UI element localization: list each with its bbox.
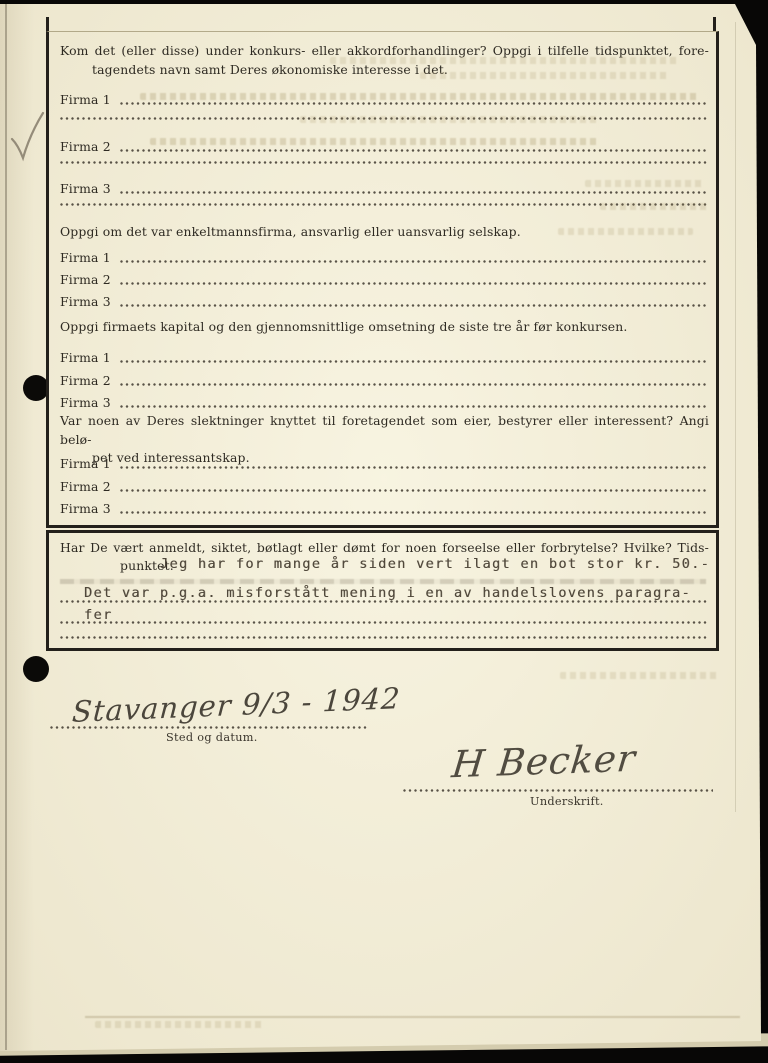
dotted-line bbox=[120, 282, 708, 285]
bleedthrough-smudge bbox=[95, 1021, 265, 1028]
box-border-stub bbox=[713, 17, 716, 31]
firma-row: Firma 2 bbox=[60, 476, 708, 495]
paper: Kom det (eller disse) under konkurs- ell… bbox=[0, 0, 768, 1063]
signature-handwriting: H Becker bbox=[450, 737, 638, 787]
firma-row: Firma 3 bbox=[60, 291, 708, 310]
firma-label: Firma 2 bbox=[60, 372, 120, 389]
bleedthrough-smudge bbox=[558, 228, 693, 235]
firma-label: Firma 3 bbox=[60, 293, 120, 310]
typed-answer-line1: Jeg har for mange år siden vert ilagt en… bbox=[160, 556, 710, 572]
box-border-stub bbox=[46, 17, 49, 31]
question-slektninger-line1: Var noen av Deres slektninger knyttet ti… bbox=[60, 412, 709, 449]
bleedthrough-smudge bbox=[140, 93, 700, 100]
dotted-line bbox=[50, 726, 368, 729]
dotted-line bbox=[120, 304, 708, 307]
firma-label: Firma 1 bbox=[60, 349, 120, 366]
dotted-line bbox=[120, 260, 708, 263]
dotted-line bbox=[60, 621, 708, 624]
question-straff-text: Har De vært anmeldt, siktet, bøtlagt ell… bbox=[60, 539, 709, 558]
firma-label: Firma 3 bbox=[60, 394, 120, 411]
firma-row: Firma 3 bbox=[60, 392, 708, 411]
firma-row: Firma 2 bbox=[60, 370, 708, 389]
firma-row: Firma 1 bbox=[60, 453, 708, 472]
firma-row: Firma 1 bbox=[60, 247, 708, 266]
firma-label: Firma 3 bbox=[60, 500, 120, 517]
typed-answer-line3: fer bbox=[84, 607, 112, 623]
firma-label: Firma 2 bbox=[60, 138, 120, 155]
firma-label: Firma 3 bbox=[60, 180, 120, 197]
firma-label: Firma 2 bbox=[60, 478, 120, 495]
firma-label: Firma 1 bbox=[60, 91, 120, 108]
dotted-line bbox=[120, 191, 708, 194]
typed-answer-line2: Det var p.g.a. misforstått mening i en a… bbox=[84, 585, 691, 601]
bleedthrough-smudge bbox=[560, 672, 720, 679]
firma-row: Firma 3 bbox=[60, 498, 708, 517]
place-date-handwriting: Stavanger 9/3 - 1942 bbox=[71, 681, 402, 729]
bleedthrough-smudge bbox=[600, 203, 710, 210]
firma-label: Firma 1 bbox=[60, 455, 120, 472]
dotted-line bbox=[120, 489, 708, 492]
bleedthrough-smudge bbox=[420, 72, 670, 79]
place-date-label: Sted og datum. bbox=[166, 731, 258, 744]
dotted-line bbox=[120, 360, 708, 363]
dotted-line bbox=[120, 405, 708, 408]
dotted-line bbox=[60, 161, 708, 164]
hole-punch-icon bbox=[23, 656, 49, 682]
question-straff-line1: Har De vært anmeldt, siktet, bøtlagt ell… bbox=[60, 539, 709, 558]
bleedthrough-smudge bbox=[585, 180, 705, 187]
scanned-form-page: Kom det (eller disse) under konkurs- ell… bbox=[0, 0, 768, 1063]
checkmark-icon bbox=[6, 108, 46, 164]
paper-crease-line bbox=[735, 22, 736, 812]
bleedthrough-smudge bbox=[300, 116, 600, 123]
bleedthrough-smudge bbox=[150, 138, 600, 145]
signature-label: Underskrift. bbox=[530, 795, 604, 808]
dotted-line bbox=[120, 383, 708, 386]
dotted-line bbox=[403, 789, 713, 792]
firma-label: Firma 1 bbox=[60, 249, 120, 266]
dotted-line bbox=[120, 511, 708, 514]
bleedthrough-smudge bbox=[330, 57, 680, 64]
dotted-line bbox=[120, 149, 708, 152]
dotted-line bbox=[60, 636, 708, 639]
dotted-line bbox=[120, 466, 708, 469]
question-kapital: Oppgi firmaets kapital og den gjennomsni… bbox=[60, 318, 709, 337]
bleedthrough-rule bbox=[85, 1016, 740, 1018]
dotted-line bbox=[120, 102, 708, 105]
firma-label: Firma 2 bbox=[60, 271, 120, 288]
firma-row: Firma 2 bbox=[60, 269, 708, 288]
firma-row: Firma 1 bbox=[60, 347, 708, 366]
bleedthrough-band bbox=[60, 579, 706, 584]
